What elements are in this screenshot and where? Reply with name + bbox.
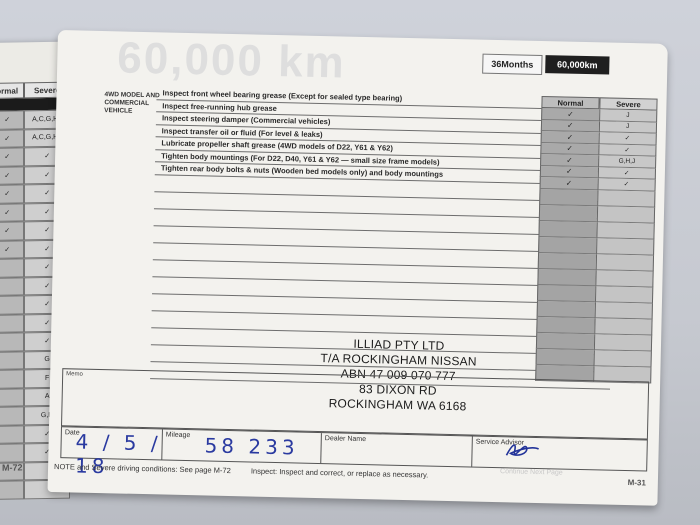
mileage-field[interactable]: Mileage 58 233 [162, 429, 322, 463]
normal-check [536, 348, 594, 365]
normal-check [537, 300, 595, 317]
dealer-name-label: Dealer Name [325, 435, 366, 443]
severe-check [596, 238, 655, 255]
continue-text: Continue Next Page [500, 468, 563, 476]
footnote-inspect: Inspect: Inspect and correct, or replace… [251, 466, 429, 479]
severe-check [594, 286, 653, 303]
normal-check [536, 316, 594, 333]
normal-check [536, 332, 594, 349]
interval-km-tab: 60,000km [545, 55, 609, 74]
date-field[interactable]: Date 4 / 5 / 18 [61, 427, 163, 459]
normal-cell [0, 369, 24, 388]
severe-check [596, 206, 655, 223]
severe-check [593, 350, 652, 367]
normal-check [538, 236, 596, 253]
normal-cell: ✓ [0, 203, 24, 222]
right-page: 60,000 km 36Months 60,000km 4WD MODEL AN… [48, 30, 668, 506]
normal-check [539, 204, 597, 221]
normal-check [537, 284, 595, 301]
mileage-value: 58 233 [204, 433, 299, 459]
normal-check [538, 252, 596, 269]
dealer-name-field[interactable]: Dealer Name [321, 433, 473, 466]
normal-cell: ✓ [0, 166, 24, 185]
normal-cell [0, 443, 24, 462]
service-advisor-field[interactable]: Service Advisor [472, 437, 647, 471]
normal-cell [0, 406, 24, 425]
normal-cell [0, 277, 24, 296]
normal-cell [0, 425, 24, 444]
severe-check [593, 334, 652, 351]
item-text: Inspect transfer oil or fluid (For level… [162, 126, 323, 139]
right-page-number: M-31 [628, 478, 646, 487]
severe-check [594, 318, 653, 335]
normal-cell [0, 258, 24, 277]
normal-cell: ✓ [0, 129, 24, 148]
mileage-label: Mileage [166, 432, 191, 440]
signature-icon [502, 439, 543, 465]
normal-cell [0, 295, 24, 314]
normal-cell: ✓ [0, 221, 24, 240]
interval-months-tab: 36Months [482, 54, 542, 75]
normal-cell: ✓ [0, 110, 24, 129]
normal-check [538, 220, 596, 237]
normal-check [539, 188, 597, 205]
ghost-heading: 60,000 km [117, 33, 346, 88]
normal-cell: ✓ [0, 184, 24, 203]
normal-cell [0, 351, 24, 370]
category-label: 4WD MODEL AND COMMERCIAL VEHICLE [104, 91, 163, 116]
normal-cell [0, 480, 24, 499]
severe-check [595, 254, 654, 271]
severe-check [595, 270, 654, 287]
normal-cell: ✓ [0, 147, 24, 166]
severe-check [597, 190, 656, 207]
memo-label: Memo [66, 371, 83, 377]
left-normal-header: ormal [0, 82, 24, 99]
normal-cell [0, 332, 24, 351]
severe-check [596, 222, 655, 239]
item-text: Inspect free-running hub grease [162, 101, 277, 113]
check-columns: Normal Severe ✓J✓J✓✓✓✓✓G,H,J✓✓✓✓ [535, 96, 657, 383]
severe-check [594, 302, 653, 319]
normal-cell [0, 388, 24, 407]
normal-cell: ✓ [0, 240, 24, 259]
normal-cell [0, 314, 24, 333]
normal-check [537, 268, 595, 285]
left-page-number: M-72 [2, 462, 23, 472]
